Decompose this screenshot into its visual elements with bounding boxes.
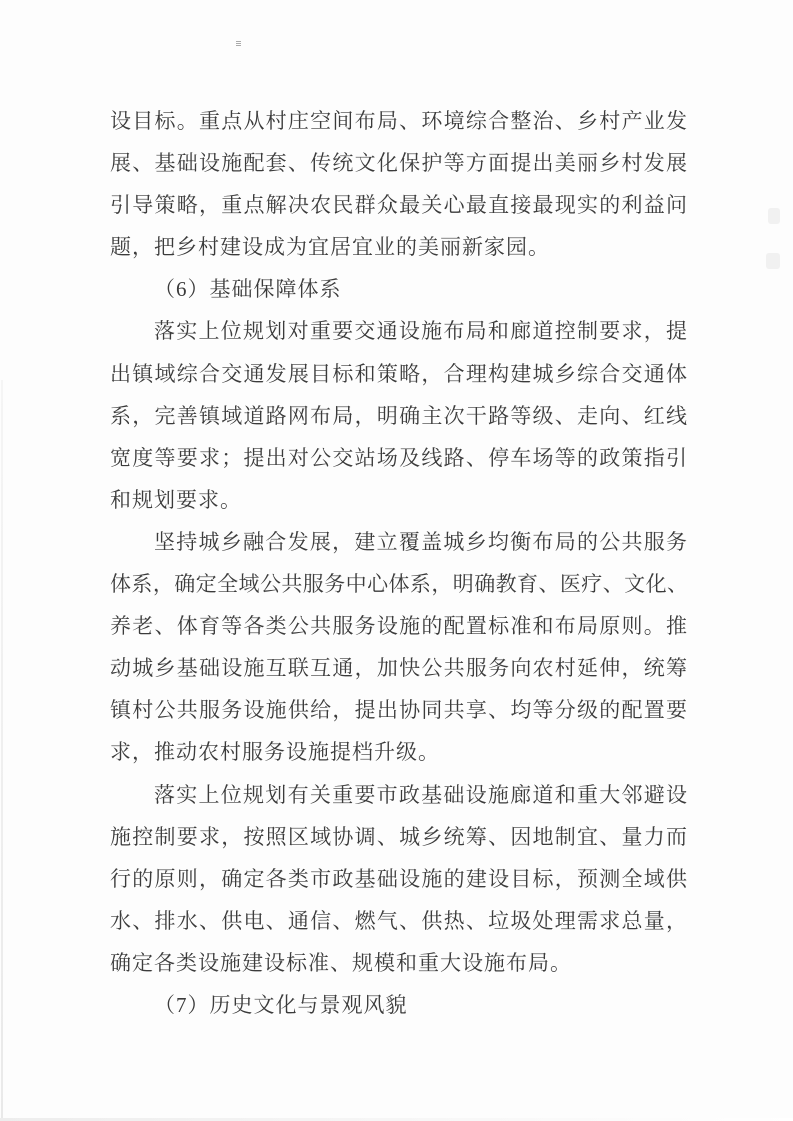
- text-line: 系，完善镇域道路网布局，明确主次干路等级、走向、红线: [110, 395, 688, 437]
- text-line: 确定各类设施建设标准、规模和重大设施布局。: [110, 942, 688, 984]
- text-line: 体系，确定全域公共服务中心体系，明确教育、医疗、文化、: [110, 563, 688, 605]
- scan-speck: [236, 41, 241, 46]
- text-line: 题，把乡村建设成为宜居宜业的美丽新家园。: [110, 226, 688, 268]
- text-line: 施控制要求，按照区域协调、城乡统筹、因地制宜、量力而: [110, 816, 688, 858]
- document-body: 设目标。重点从村庄空间布局、环境综合整治、乡村产业发 展、基础设施配套、传统文化…: [110, 100, 688, 1026]
- text-line: 展、基础设施配套、传统文化保护等方面提出美丽乡村发展: [110, 142, 688, 184]
- text-line: 求，推动农村服务设施提档升级。: [110, 731, 688, 773]
- scan-smudge: [766, 253, 780, 269]
- text-line: 设目标。重点从村庄空间布局、环境综合整治、乡村产业发: [110, 100, 688, 142]
- text-line: 出镇域综合交通发展目标和策略，合理构建城乡综合交通体: [110, 353, 688, 395]
- text-line: 行的原则，确定各类市政基础设施的建设目标，预测全域供: [110, 858, 688, 900]
- text-line: 宽度等要求；提出对公交站场及线路、停车场等的政策指引: [110, 437, 688, 479]
- text-line: 坚持城乡融合发展，建立覆盖城乡均衡布局的公共服务: [110, 521, 688, 563]
- section-heading-6: （6）基础保障体系: [110, 268, 688, 310]
- text-line: 动城乡基础设施互联互通，加快公共服务向农村延伸，统筹: [110, 647, 688, 689]
- section-heading-7: （7）历史文化与景观风貌: [110, 984, 688, 1026]
- scan-smudge: [768, 208, 780, 224]
- text-line: 落实上位规划对重要交通设施布局和廊道控制要求，提: [110, 310, 688, 352]
- scan-edge-artifact: [1, 380, 3, 1121]
- text-line: 水、排水、供电、通信、燃气、供热、垃圾处理需求总量，: [110, 900, 688, 942]
- text-line: 引导策略，重点解决农民群众最关心最直接最现实的利益问: [110, 184, 688, 226]
- text-line: 和规划要求。: [110, 479, 688, 521]
- text-line: 落实上位规划有关重要市政基础设施廊道和重大邻避设: [110, 774, 688, 816]
- text-line: 养老、体育等各类公共服务设施的配置标准和布局原则。推: [110, 605, 688, 647]
- text-line: 镇村公共服务设施供给，提出协同共享、均等分级的配置要: [110, 689, 688, 731]
- scanned-document-page: 设目标。重点从村庄空间布局、环境综合整治、乡村产业发 展、基础设施配套、传统文化…: [0, 0, 793, 1121]
